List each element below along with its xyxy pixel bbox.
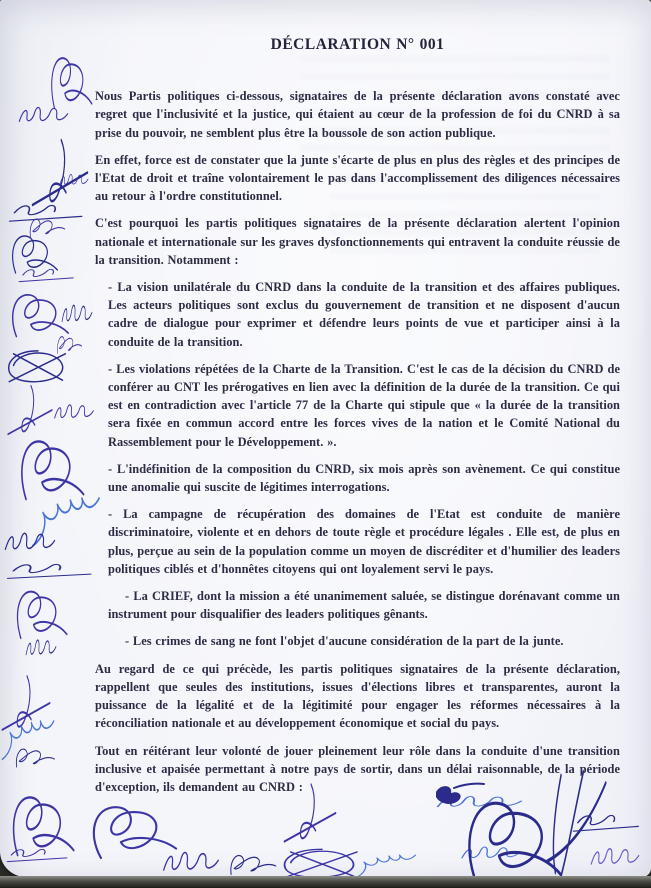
bullet-item: - La vision unilatérale du CNRD dans la … <box>108 278 620 351</box>
paragraph: C'est pourquoi les partis politiques sig… <box>95 214 620 269</box>
bullet-item: - La campagne de récupération des domain… <box>108 505 620 578</box>
paragraph: Nous Partis politiques ci-dessous, signa… <box>95 87 620 142</box>
paragraph: Tout en réitérant leur volonté de jouer … <box>95 742 620 797</box>
bullet-item: - L'indéfinition de la composition du CN… <box>108 460 620 496</box>
photo-bottom-edge <box>0 876 651 888</box>
paragraph: En effet, force est de constater que la … <box>95 151 620 206</box>
document-title: DÉCLARATION N° 001 <box>95 36 620 54</box>
bullet-item: - Les violations répétées de la Charte d… <box>108 360 620 451</box>
document-body: DÉCLARATION N° 001 Nous Partis politique… <box>95 36 620 805</box>
paper-sheet: DÉCLARATION N° 001 Nous Partis politique… <box>0 0 651 877</box>
paragraph: Au regard de ce qui précède, les partis … <box>95 660 620 733</box>
bullet-item: - La CRIEF, dont la mission a été unanim… <box>108 587 620 623</box>
photographed-page: DÉCLARATION N° 001 Nous Partis politique… <box>0 0 651 888</box>
bullet-item: - Les crimes de sang ne font l'objet d'a… <box>108 632 620 650</box>
